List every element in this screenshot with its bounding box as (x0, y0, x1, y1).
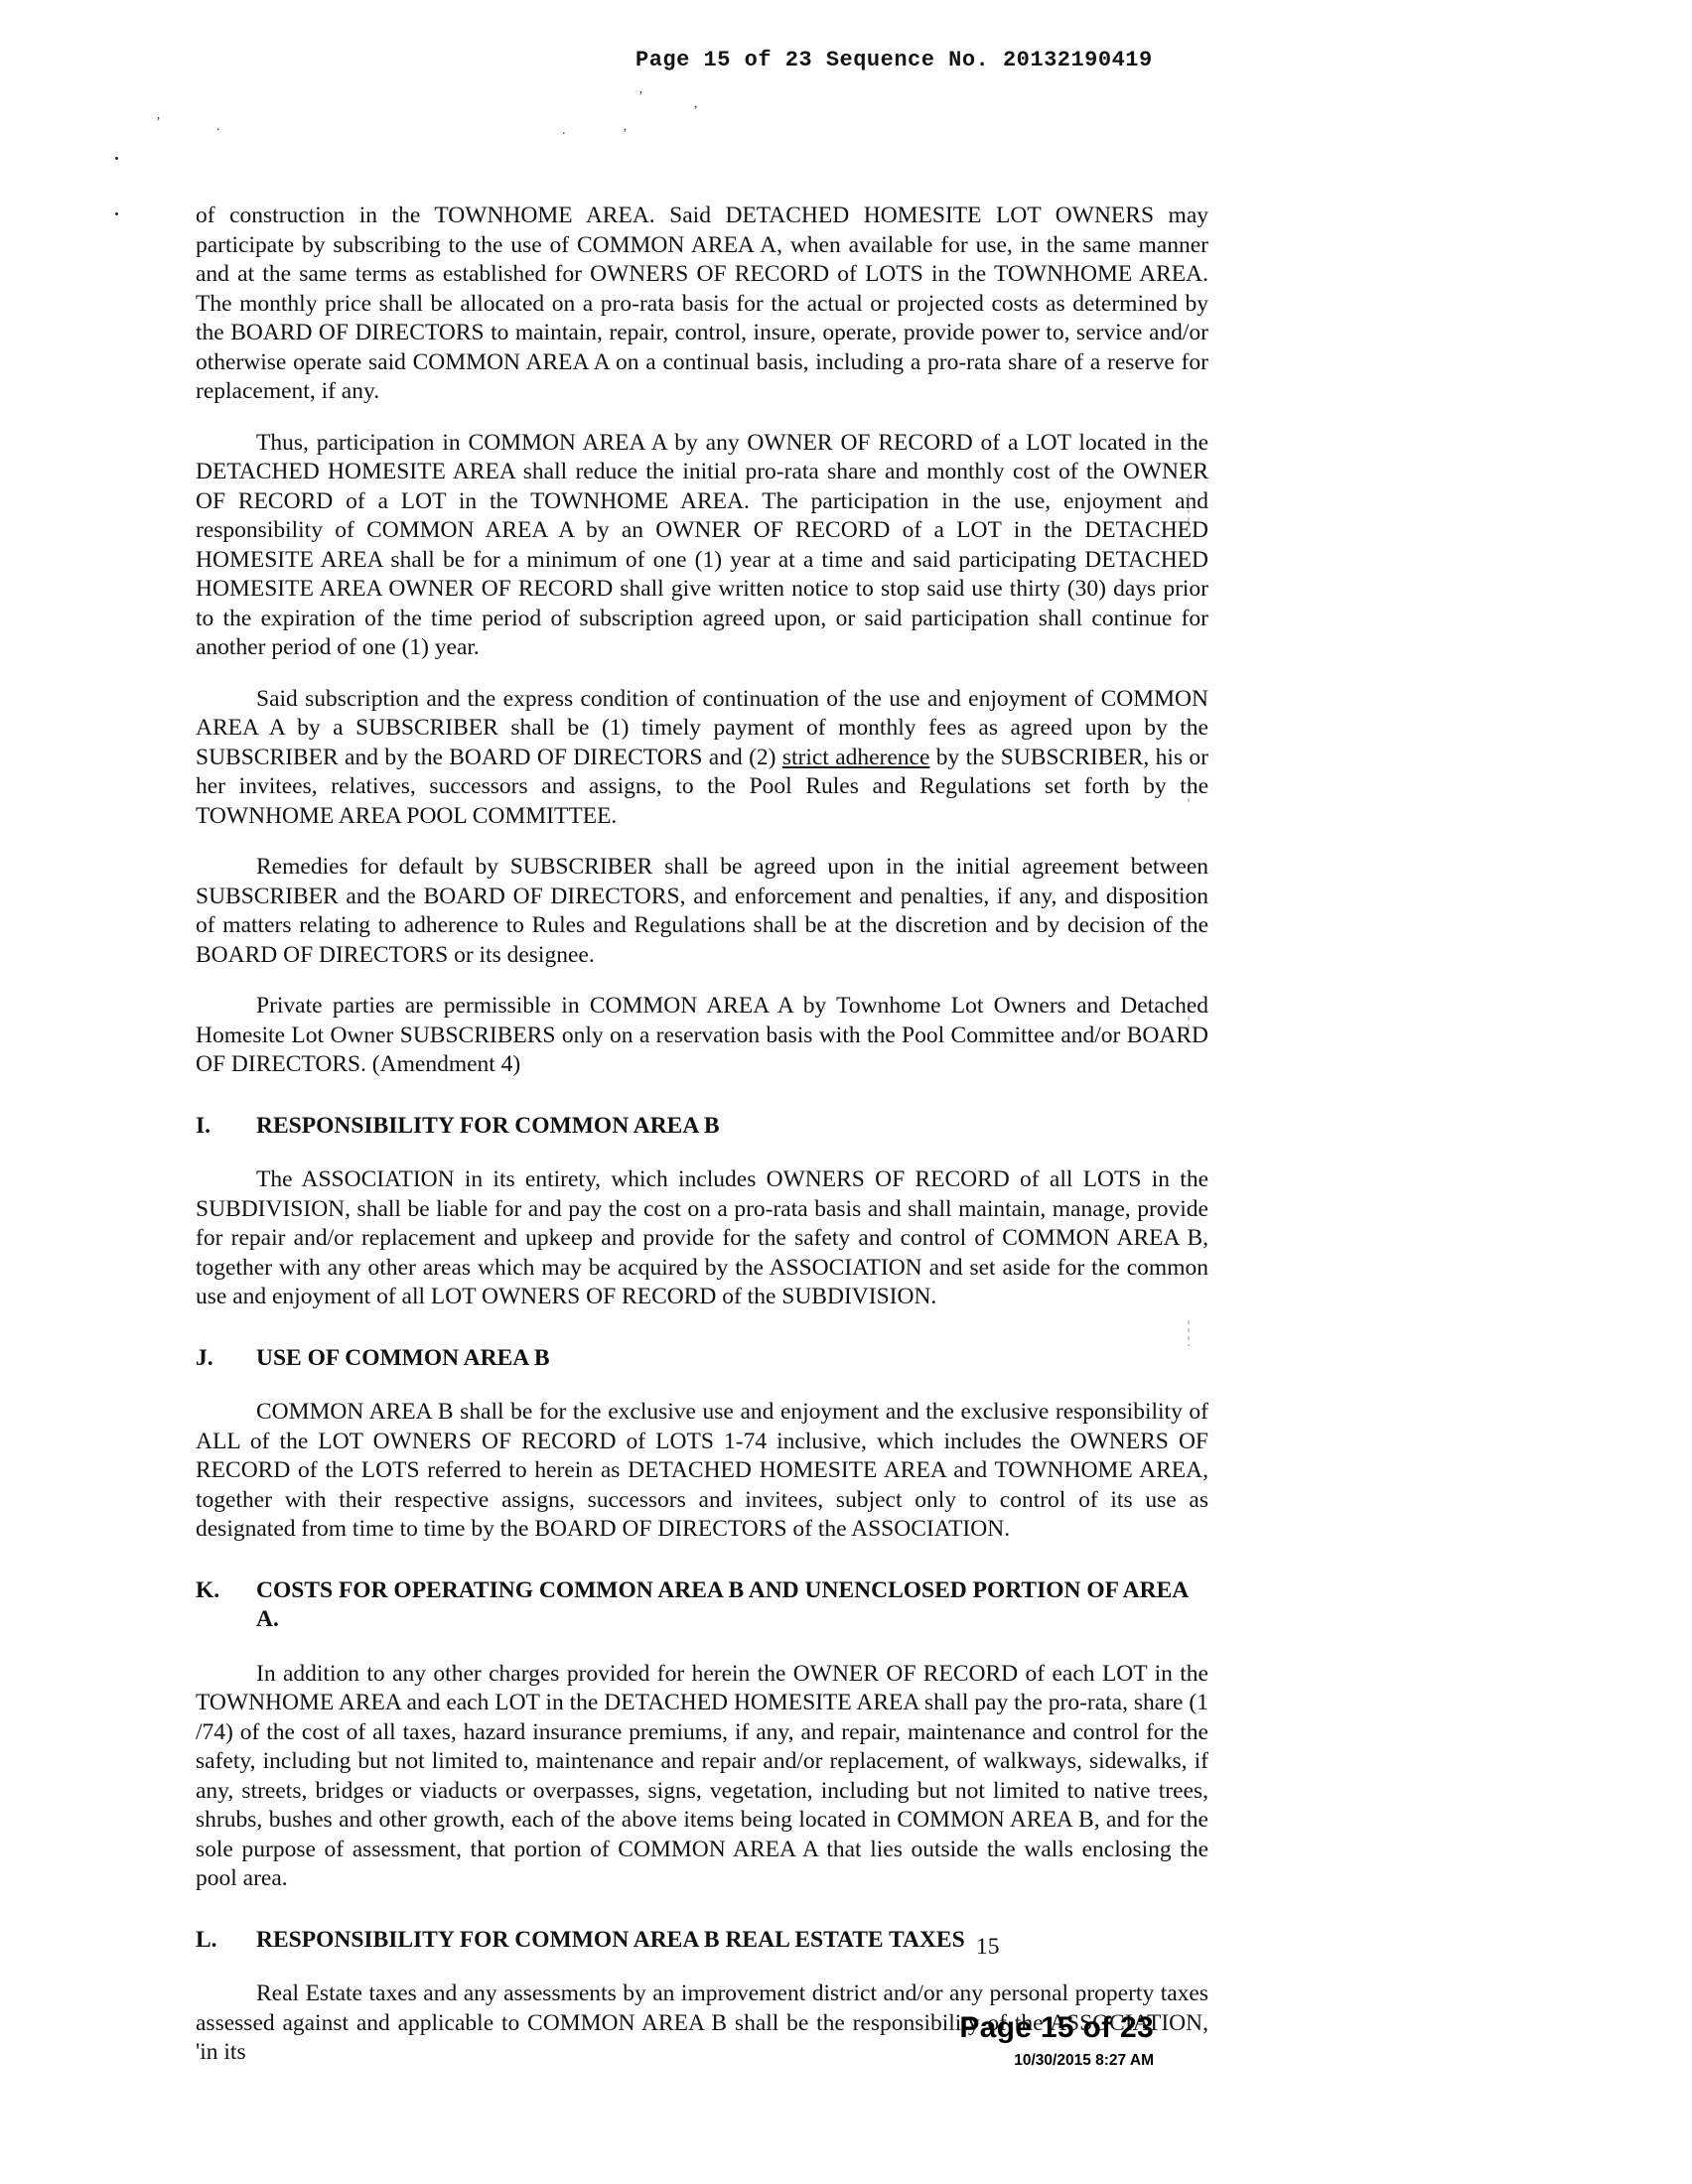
paragraph-private-parties: Private parties are permissible in COMMO… (196, 992, 1208, 1080)
scan-speckle: ’ (638, 89, 643, 105)
scan-speckle: . (216, 119, 220, 135)
section-heading-l: L. RESPONSIBILITY FOR COMMON AREA B REAL… (196, 1926, 1208, 1956)
scan-header-pagination: Page 15 of 23 Sequence No. 20132190419 (635, 48, 1153, 72)
paragraph-construction-continuation: of construction in the TOWNHOME AREA. Sa… (196, 202, 1208, 407)
scan-speckle: , (694, 96, 698, 112)
section-heading-k: K. COSTS FOR OPERATING COMMON AREA B AND… (196, 1576, 1208, 1635)
document-page: Page 15 of 23 Sequence No. 20132190419 ’… (0, 0, 1692, 2184)
scan-speckle (115, 212, 118, 215)
page-number: 15 (976, 1934, 1000, 1961)
section-title: RESPONSIBILITY FOR COMMON AREA B REAL ES… (256, 1926, 965, 1956)
scan-speckle: ‚ (623, 119, 628, 135)
section-letter: K. (196, 1576, 256, 1635)
section-title: RESPONSIBILITY FOR COMMON AREA B (256, 1112, 720, 1142)
section-letter: L. (196, 1926, 256, 1956)
section-title: COSTS FOR OPERATING COMMON AREA B AND UN… (256, 1576, 1208, 1635)
scan-speckle (115, 157, 118, 160)
section-letter: I. (196, 1112, 256, 1142)
paragraph-section-i: The ASSOCIATION in its entirety, which i… (196, 1165, 1208, 1312)
footer-timestamp: 10/30/2015 8:27 AM (874, 2052, 1154, 2070)
section-heading-j: J. USE OF COMMON AREA B (196, 1344, 1208, 1374)
scan-speckle: . (562, 123, 566, 139)
footer-page-label: Page 15 of 23 (874, 2011, 1154, 2045)
strict-adherence-underlined: strict adherence (782, 745, 930, 770)
document-body: of construction in the TOWNHOME AREA. Sa… (196, 202, 1208, 2090)
paragraph-section-j: COMMON AREA B shall be for the exclusive… (196, 1398, 1208, 1545)
print-footer: Page 15 of 23 10/30/2015 8:27 AM (874, 2011, 1154, 2070)
paragraph-section-k: In addition to any other charges provide… (196, 1660, 1208, 1894)
paragraph-said-subscription: Said subscription and the express condit… (196, 685, 1208, 832)
section-heading-i: I. RESPONSIBILITY FOR COMMON AREA B (196, 1112, 1208, 1142)
paragraph-remedies: Remedies for default by SUBSCRIBER shall… (196, 853, 1208, 970)
section-title: USE OF COMMON AREA B (256, 1344, 550, 1374)
paragraph-thus-participation: Thus, participation in COMMON AREA A by … (196, 429, 1208, 663)
section-letter: J. (196, 1344, 256, 1374)
scan-speckle: ’ (156, 115, 161, 131)
